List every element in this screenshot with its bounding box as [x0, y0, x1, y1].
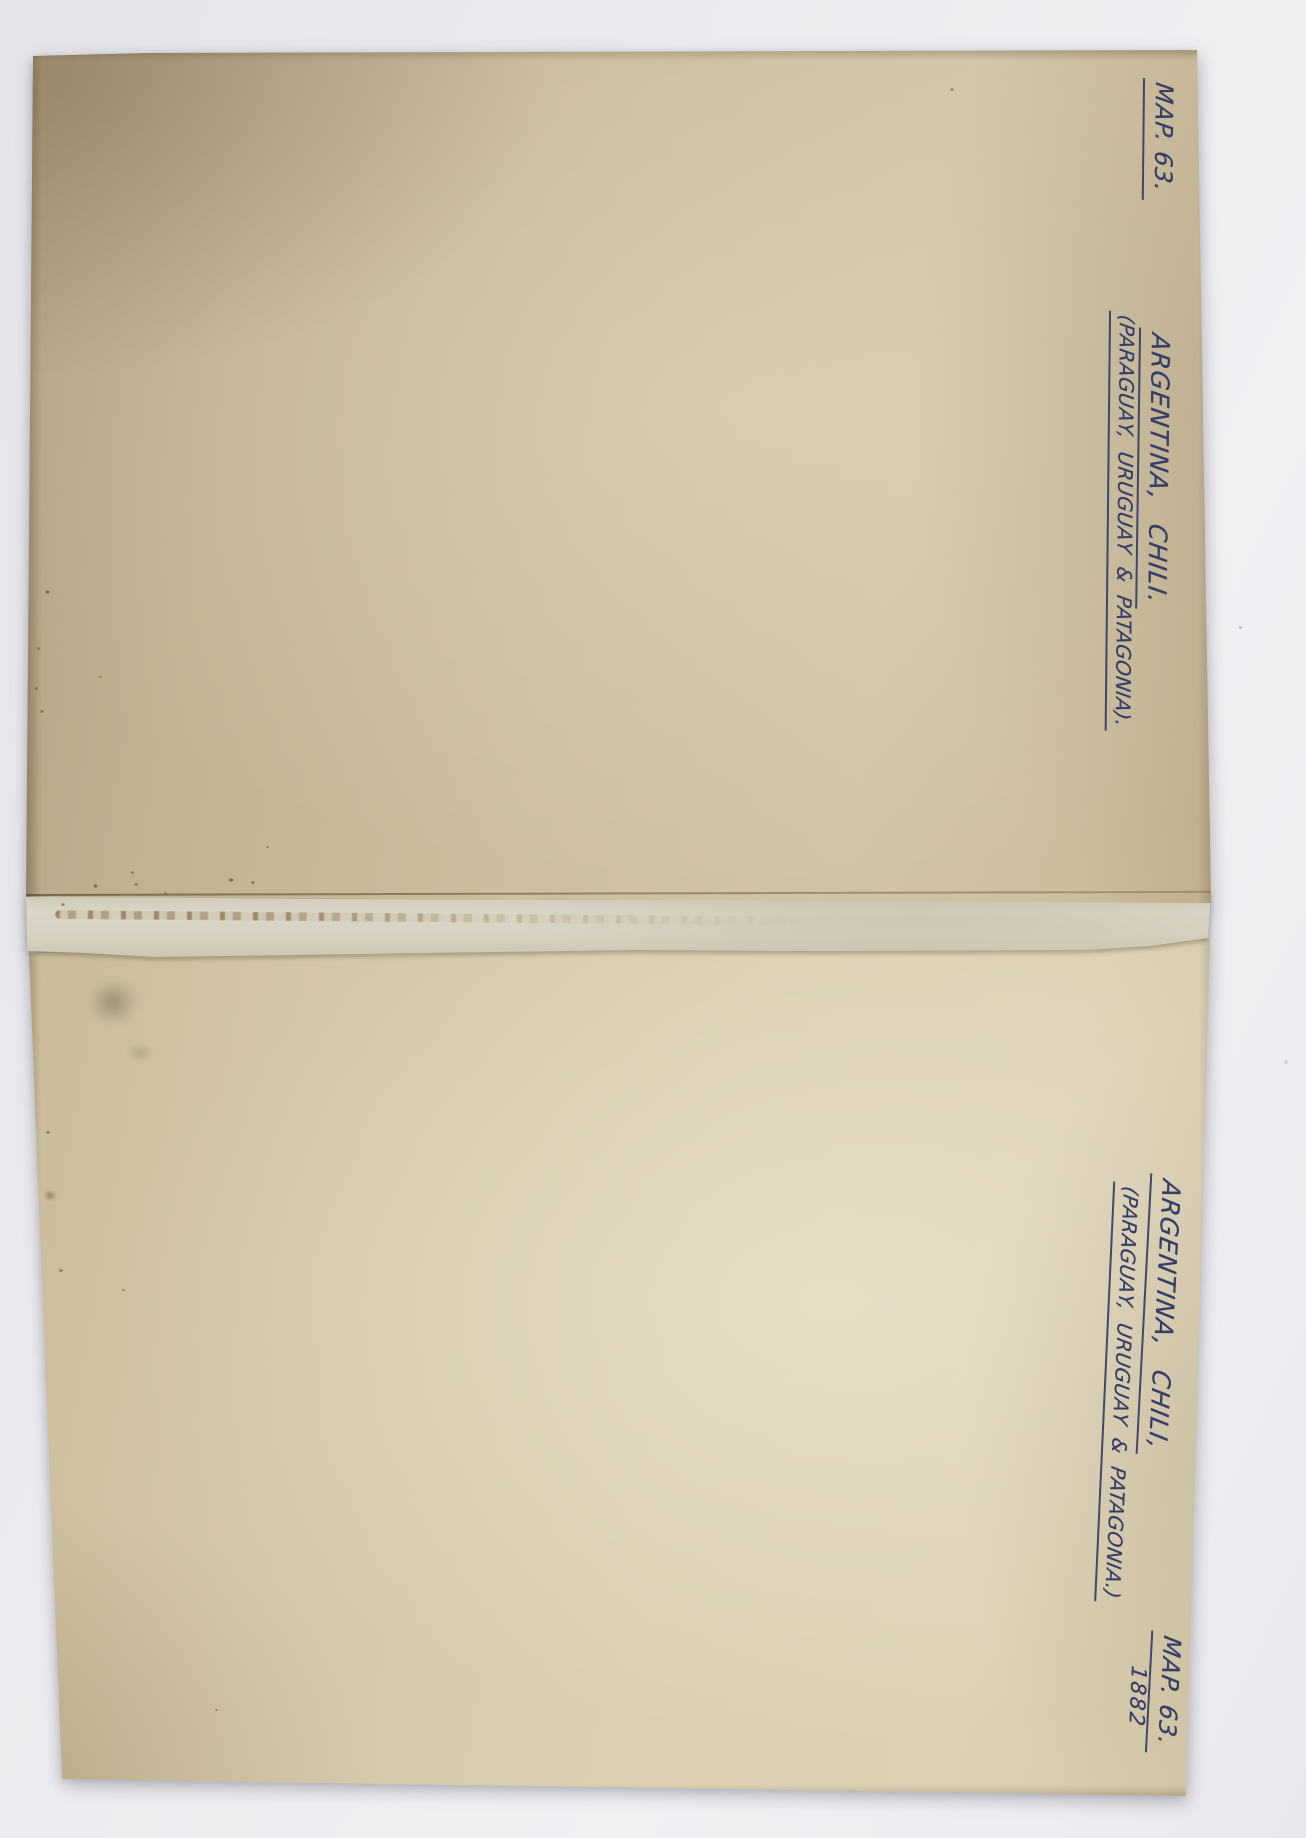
stain-speck [35, 687, 38, 690]
stain-speck [122, 1289, 125, 1291]
stain-speck [61, 903, 65, 906]
stain-speck [99, 676, 102, 678]
stain-speck [59, 1269, 63, 1272]
stain-speck [37, 647, 40, 650]
upper-subtitle-label: (PARAGUAY, URUGUAY & PATAGONIA). [1105, 310, 1139, 734]
lower-year-label: 1882 [1122, 1662, 1151, 1733]
dust-speck [1284, 1060, 1288, 1064]
folded-map-wrapper-sheet: MAP. 63. ARGENTINA, CHILI. (PARAGUAY, UR… [0, 0, 1306, 1838]
stain-speck [215, 1709, 218, 1711]
stain-speck [131, 871, 134, 874]
photo-background: MAP. 63. ARGENTINA, CHILI. (PARAGUAY, UR… [0, 0, 1306, 1838]
smudge-stain [126, 1044, 154, 1061]
stain-speck [40, 710, 44, 713]
dust-speck [1239, 626, 1242, 629]
stain-speck [251, 881, 255, 884]
stain-speck [228, 878, 234, 882]
stain-speck [164, 892, 167, 894]
stain-speck [45, 590, 50, 594]
smudge-stain [86, 978, 140, 1026]
stain-speck [134, 883, 138, 886]
stain-speck [46, 1131, 50, 1134]
smudge-stain [43, 1190, 57, 1201]
lower-map-number-label: MAP. 63. [1145, 1630, 1186, 1758]
stain-speck [950, 88, 954, 91]
stain-speck [93, 884, 98, 888]
fold-strip [26, 893, 1211, 959]
upper-title-label: ARGENTINA, CHILI. [1135, 327, 1175, 614]
upper-map-number-label: MAP. 63. [1142, 78, 1178, 205]
stain-speck [266, 846, 269, 848]
upper-sheet [26, 50, 1211, 903]
